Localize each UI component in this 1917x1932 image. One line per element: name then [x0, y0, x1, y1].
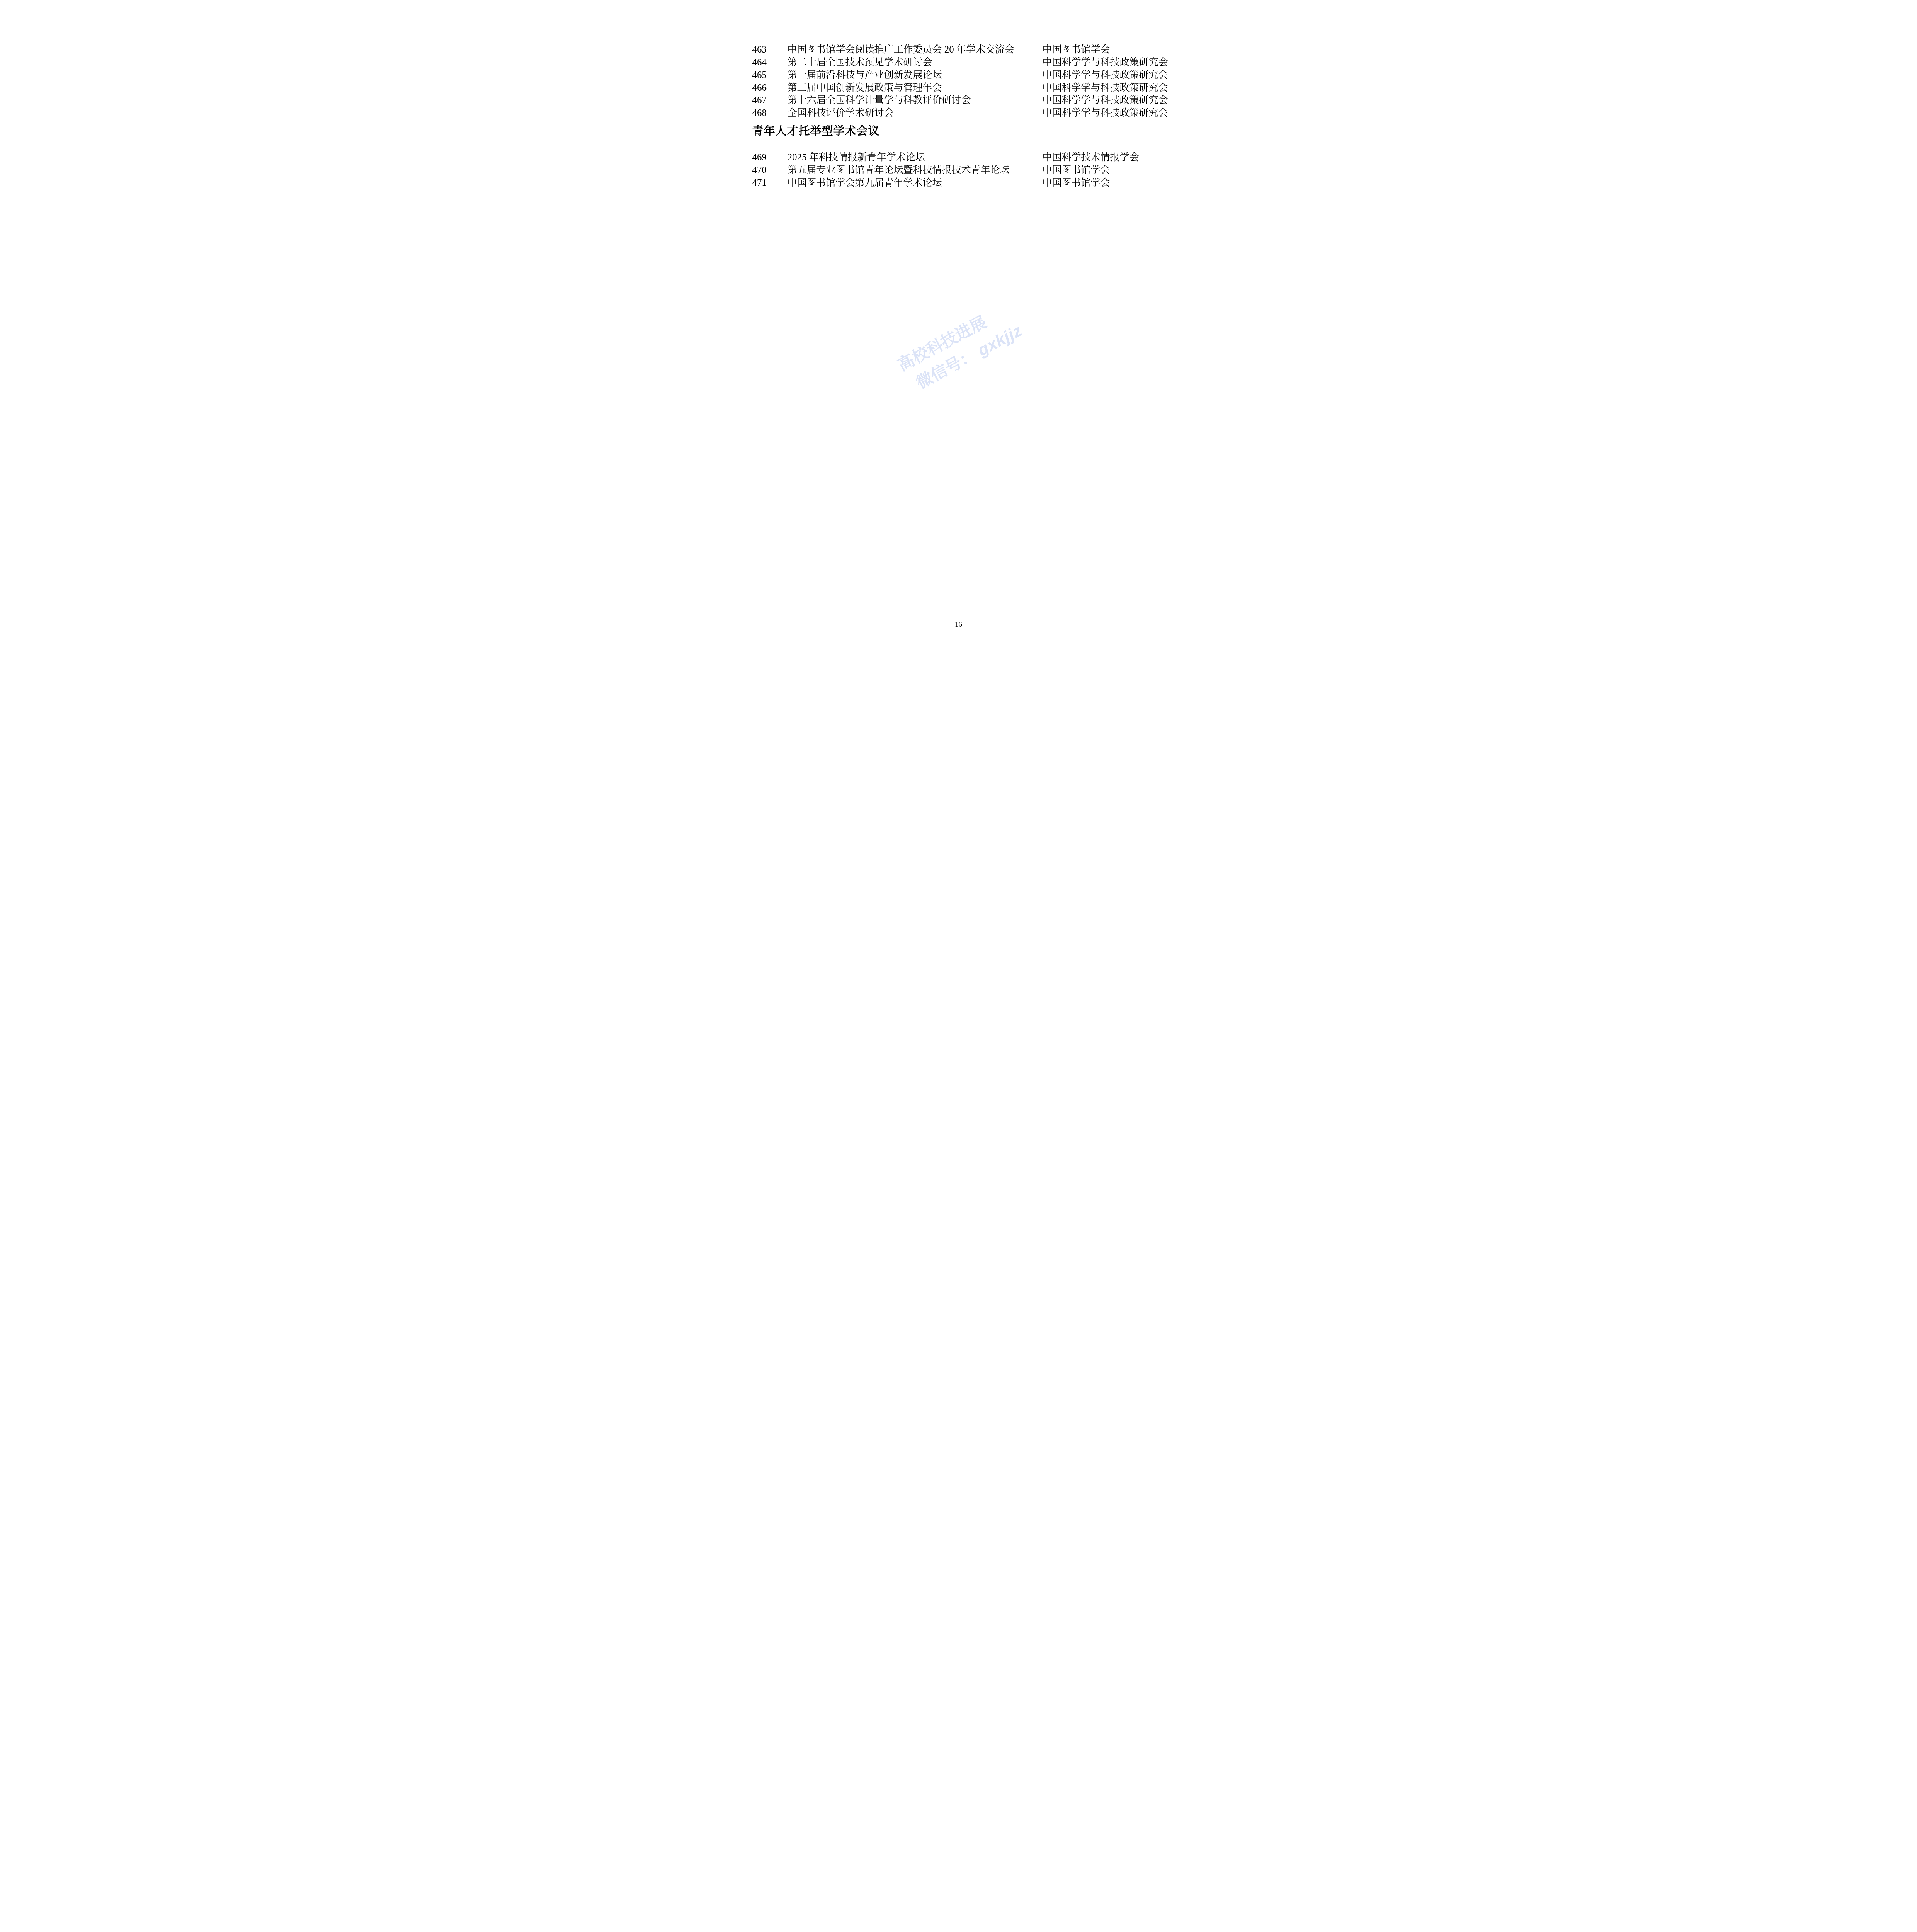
row-number: 465 [752, 70, 767, 80]
conference-title: 全国科技评价学术研讨会 [788, 108, 894, 118]
watermark-title: 高校科技进展 [893, 297, 1015, 377]
organizer-name: 中国图书馆学会 [1043, 45, 1110, 54]
row-number: 466 [752, 83, 767, 92]
row-number: 463 [752, 45, 767, 54]
conference-list-youth: 469 2025 年科技情报新青年学术论坛 中国科学技术情报学会 470 第五届… [719, 151, 1198, 189]
table-row: 466 第三届中国创新发展政策与管理年会 中国科学学与科技政策研究会 [719, 81, 1198, 94]
row-number: 467 [752, 95, 767, 105]
conference-title: 第十六届全国科学计量学与科教评价研讨会 [788, 95, 971, 105]
organizer-name: 中国科学学与科技政策研究会 [1043, 58, 1168, 67]
conference-title: 中国图书馆学会第九届青年学术论坛 [788, 178, 942, 187]
row-number: 471 [752, 178, 767, 187]
table-row: 465 第一届前沿科技与产业创新发展论坛 中国科学学与科技政策研究会 [719, 69, 1198, 82]
page-number: 16 [719, 621, 1198, 628]
table-row: 471 中国图书馆学会第九届青年学术论坛 中国图书馆学会 [719, 177, 1198, 189]
watermark: 高校科技进展 微信号： gxkjjz [893, 297, 1027, 398]
table-row: 464 第二十届全国技术预见学术研讨会 中国科学学与科技政策研究会 [719, 56, 1198, 69]
conference-title: 第一届前沿科技与产业创新发展论坛 [788, 70, 942, 80]
conference-title: 中国图书馆学会阅读推广工作委员会 20 年学术交流会 [788, 45, 1015, 54]
conference-title: 2025 年科技情报新青年学术论坛 [788, 153, 925, 162]
organizer-name: 中国科学学与科技政策研究会 [1043, 95, 1168, 105]
watermark-wechat-line: 微信号： gxkjjz [905, 318, 1026, 398]
organizer-name: 中国科学技术情报学会 [1043, 153, 1139, 162]
section-heading-youth-conferences: 青年人才托举型学术会议 [752, 124, 880, 138]
organizer-name: 中国图书馆学会 [1043, 165, 1110, 175]
document-page: 463 中国图书馆学会阅读推广工作委员会 20 年学术交流会 中国图书馆学会 4… [719, 0, 1198, 678]
row-number: 470 [752, 165, 767, 175]
table-row: 467 第十六届全国科学计量学与科教评价研讨会 中国科学学与科技政策研究会 [719, 94, 1198, 107]
conference-title: 第五届专业图书馆青年论坛暨科技情报技术青年论坛 [788, 165, 1010, 175]
table-row: 470 第五届专业图书馆青年论坛暨科技情报技术青年论坛 中国图书馆学会 [719, 164, 1198, 177]
conference-title: 第二十届全国技术预见学术研讨会 [788, 58, 932, 67]
watermark-wechat-prefix: 微信号： [913, 344, 983, 392]
table-row: 469 2025 年科技情报新青年学术论坛 中国科学技术情报学会 [719, 151, 1198, 164]
row-number: 469 [752, 153, 767, 162]
table-row: 463 中国图书馆学会阅读推广工作委员会 20 年学术交流会 中国图书馆学会 [719, 43, 1198, 56]
row-number: 464 [752, 58, 767, 67]
table-row: 468 全国科技评价学术研讨会 中国科学学与科技政策研究会 [719, 107, 1198, 119]
conference-title: 第三届中国创新发展政策与管理年会 [788, 83, 942, 92]
conference-list-main: 463 中国图书馆学会阅读推广工作委员会 20 年学术交流会 中国图书馆学会 4… [719, 43, 1198, 119]
watermark-wechat-id: gxkjjz [975, 321, 1025, 359]
organizer-name: 中国科学学与科技政策研究会 [1043, 83, 1168, 92]
organizer-name: 中国科学学与科技政策研究会 [1043, 70, 1168, 80]
row-number: 468 [752, 108, 767, 118]
organizer-name: 中国图书馆学会 [1043, 178, 1110, 187]
organizer-name: 中国科学学与科技政策研究会 [1043, 108, 1168, 118]
